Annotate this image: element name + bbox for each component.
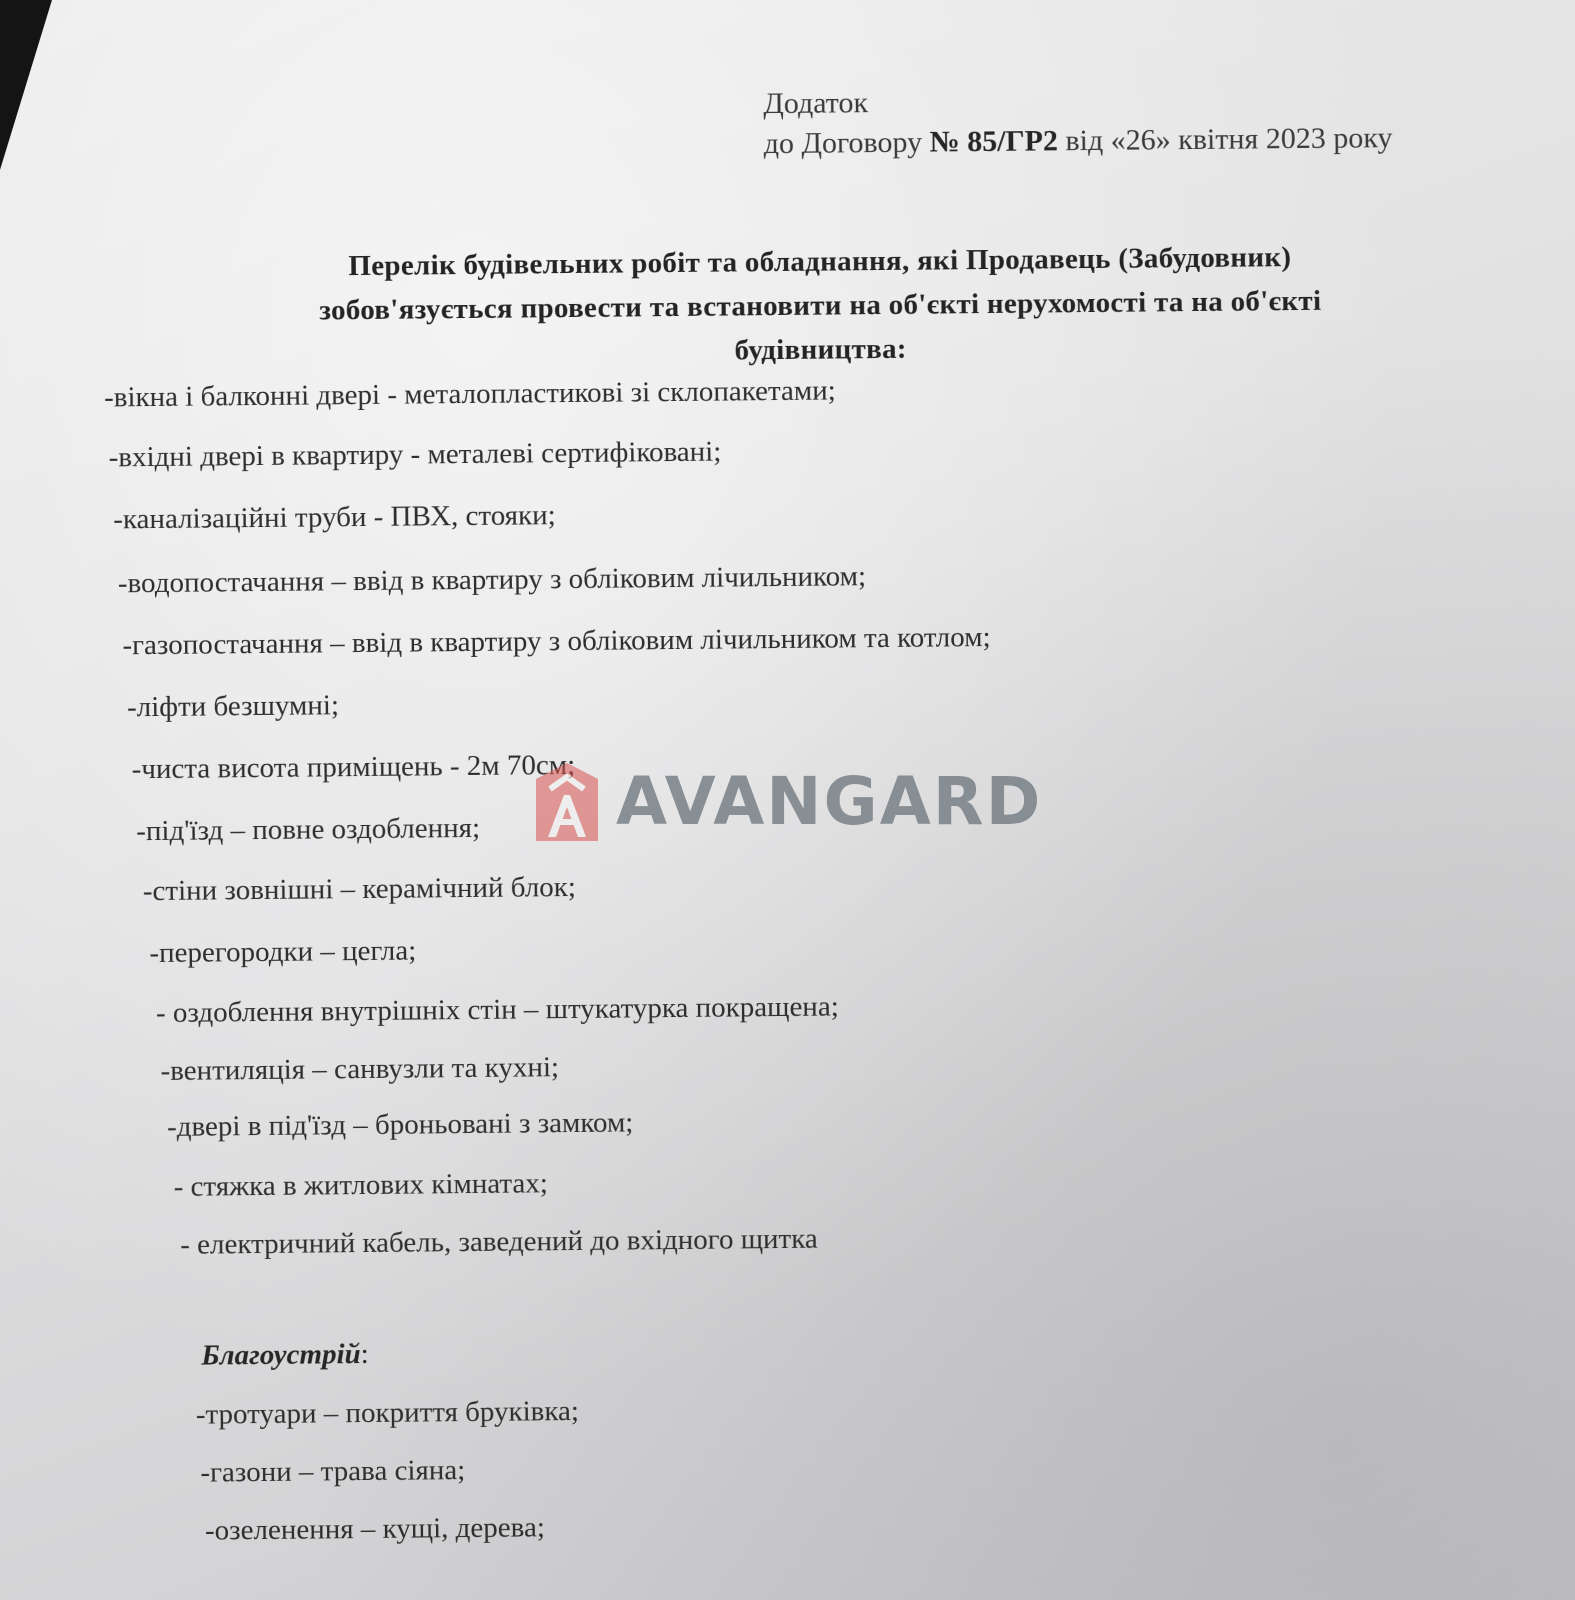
list-item: -ліфти безшумні; xyxy=(127,688,339,724)
list-item: - стяжка в житлових кімнатах; xyxy=(174,1166,549,1204)
appendix-header: Додаток до Договору № 85/ГР2 від «26» кв… xyxy=(763,78,1392,164)
list-item: -під'їзд – повне оздоблення; xyxy=(136,811,480,848)
appendix-label: Додаток xyxy=(763,78,1392,124)
list-item: -двері в під'їзд – броньовані з замком; xyxy=(167,1105,634,1143)
contract-prefix: до Договору xyxy=(764,126,930,161)
list-item: -вікна і балконні двері - металопластико… xyxy=(104,373,836,414)
list-item: -озеленення – кущі, дерева; xyxy=(205,1510,545,1547)
list-item: -газони – трава сіяна; xyxy=(200,1453,465,1490)
list-item: - оздоблення внутрішніх стін – штукатурк… xyxy=(156,989,839,1030)
list-item: -водопостачання – ввід в квартиру з облі… xyxy=(118,559,866,600)
contract-date: від «26» квітня 2023 року xyxy=(1058,121,1393,157)
list-item: -вхідні двері в квартиру - металеві серт… xyxy=(109,435,722,475)
list-item: - електричний кабель, заведений до вхідн… xyxy=(180,1222,818,1262)
document-title: Перелік будівельних робіт та обладнання,… xyxy=(195,234,1446,378)
list-item: -каналізаційні труби - ПВХ, стояки; xyxy=(113,498,556,536)
contract-number: № 85/ГР2 xyxy=(929,124,1058,158)
list-item: -перегородки – цегла; xyxy=(149,933,416,970)
list-item: -стіни зовнішні – керамічний блок; xyxy=(143,870,576,908)
paper-sheet: Додаток до Договору № 85/ГР2 від «26» кв… xyxy=(0,0,1575,1600)
landscaping-list: -тротуари – покриття бруківка; -газони –… xyxy=(0,0,1567,8)
list-item: -тротуари – покриття бруківка; xyxy=(196,1394,579,1432)
list-item: -вентиляція – санвузли та кухні; xyxy=(160,1050,559,1088)
document-page: Додаток до Договору № 85/ГР2 від «26» кв… xyxy=(0,0,1575,1600)
works-list: -вікна і балконні двері - металопластико… xyxy=(0,0,1567,8)
list-item: -чиста висота приміщень - 2м 70см; xyxy=(132,748,576,786)
landscaping-heading-colon: : xyxy=(361,1338,369,1370)
list-item: -газопостачання – ввід в квартиру з облі… xyxy=(122,620,990,662)
landscaping-heading-text: Благоустрій xyxy=(201,1338,361,1372)
contract-reference: до Договору № 85/ГР2 від «26» квітня 202… xyxy=(764,118,1393,164)
landscaping-heading: Благоустрій: xyxy=(201,1338,369,1373)
